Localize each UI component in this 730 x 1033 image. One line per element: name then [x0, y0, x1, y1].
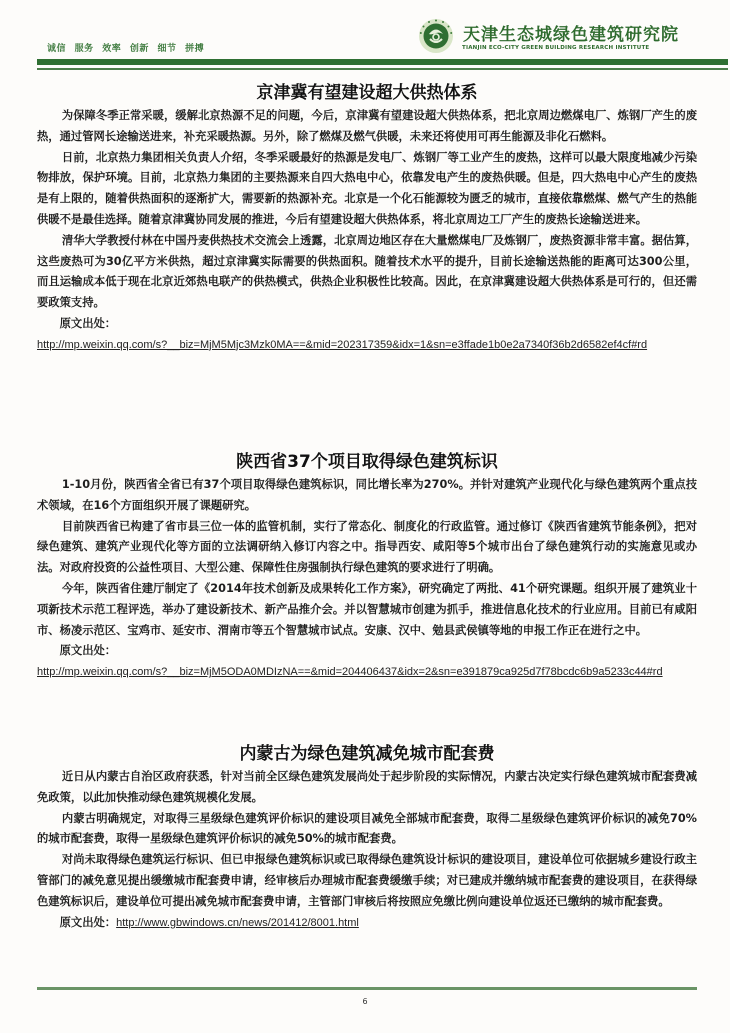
source-link[interactable]: http://www.gbwindows.cn/news/201412/8001… [116, 917, 359, 929]
org-name-cn: 天津生态城绿色建筑研究院 [463, 20, 679, 45]
institute-logo-icon [418, 18, 454, 54]
source-label: 原文出处： [37, 641, 697, 662]
source-line: 原文出处：http://www.gbwindows.cn/news/201412… [37, 913, 697, 934]
slogan: 诚信 服务 效率 创新 细节 拼搏 [47, 41, 204, 54]
source-label: 原文出处： [60, 916, 117, 929]
header-rule-thin [37, 68, 728, 70]
article-paragraph: 对尚未取得绿色建筑运行标识、但已申报绿色建筑标识或已取得绿色建筑设计标识的建设项… [37, 850, 697, 912]
page-number: 6 [0, 997, 730, 1006]
article-paragraph: 目前陕西省已构建了省市县三位一体的监管机制，实行了常态化、制度化的行政监管。通过… [37, 517, 697, 579]
footer-rule [37, 987, 697, 990]
article-heating-system: 京津冀有望建设超大供热体系 为保障冬季正常采暖，缓解北京热源不足的问题，今后，京… [37, 80, 697, 356]
source-label: 原文出处： [37, 314, 697, 335]
source-link[interactable]: http://mp.weixin.qq.com/s?__biz=MjM5ODA0… [37, 662, 697, 683]
article-paragraph: 1-10月份，陕西省全省已有37个项目取得绿色建筑标识，同比增长率为270%。并… [37, 475, 697, 517]
header-rule-thick [37, 59, 728, 65]
article-paragraph: 近日从内蒙古自治区政府获悉，针对当前全区绿色建筑发展尚处于起步阶段的实际情况，内… [37, 767, 697, 809]
article-paragraph: 日前，北京热力集团相关负责人介绍，冬季采暖最好的热源是发电厂、炼钢厂等工业产生的… [37, 148, 697, 231]
article-inner-mongolia-fee: 内蒙古为绿色建筑减免城市配套费 近日从内蒙古自治区政府获悉，针对当前全区绿色建筑… [37, 741, 697, 933]
page-content: 京津冀有望建设超大供热体系 为保障冬季正常采暖，缓解北京热源不足的问题，今后，京… [37, 76, 697, 358]
article-title: 陕西省37个项目取得绿色建筑标识 [37, 449, 697, 475]
org-name-en: TIANJIN ECO-CITY GREEN BUILDING RESEARCH… [462, 45, 649, 51]
article-paragraph: 今年，陕西省住建厅制定了《2014年技术创新及成果转化工作方案》，研究确定了两批… [37, 579, 697, 641]
article-paragraph: 为保障冬季正常采暖，缓解北京热源不足的问题，今后，京津冀有望建设超大供热体系，把… [37, 106, 697, 148]
article-title: 内蒙古为绿色建筑减免城市配套费 [37, 741, 697, 767]
article-paragraph: 内蒙古明确规定，对取得三星级绿色建筑评价标识的建设项目减免全部城市配套费，取得二… [37, 809, 697, 851]
article-paragraph: 清华大学教授付林在中国丹麦供热技术交流会上透露，北京周边地区存在大量燃煤电厂及炼… [37, 231, 697, 314]
source-link[interactable]: http://mp.weixin.qq.com/s?__biz=MjM5Mjc3… [37, 335, 697, 356]
page-header: 诚信 服务 效率 创新 细节 拼搏 天津生态城绿色建筑研究院 TIANJIN E… [0, 0, 730, 75]
article-shaanxi-green-building: 陕西省37个项目取得绿色建筑标识 1-10月份，陕西省全省已有37个项目取得绿色… [37, 449, 697, 683]
article-title: 京津冀有望建设超大供热体系 [37, 80, 697, 106]
